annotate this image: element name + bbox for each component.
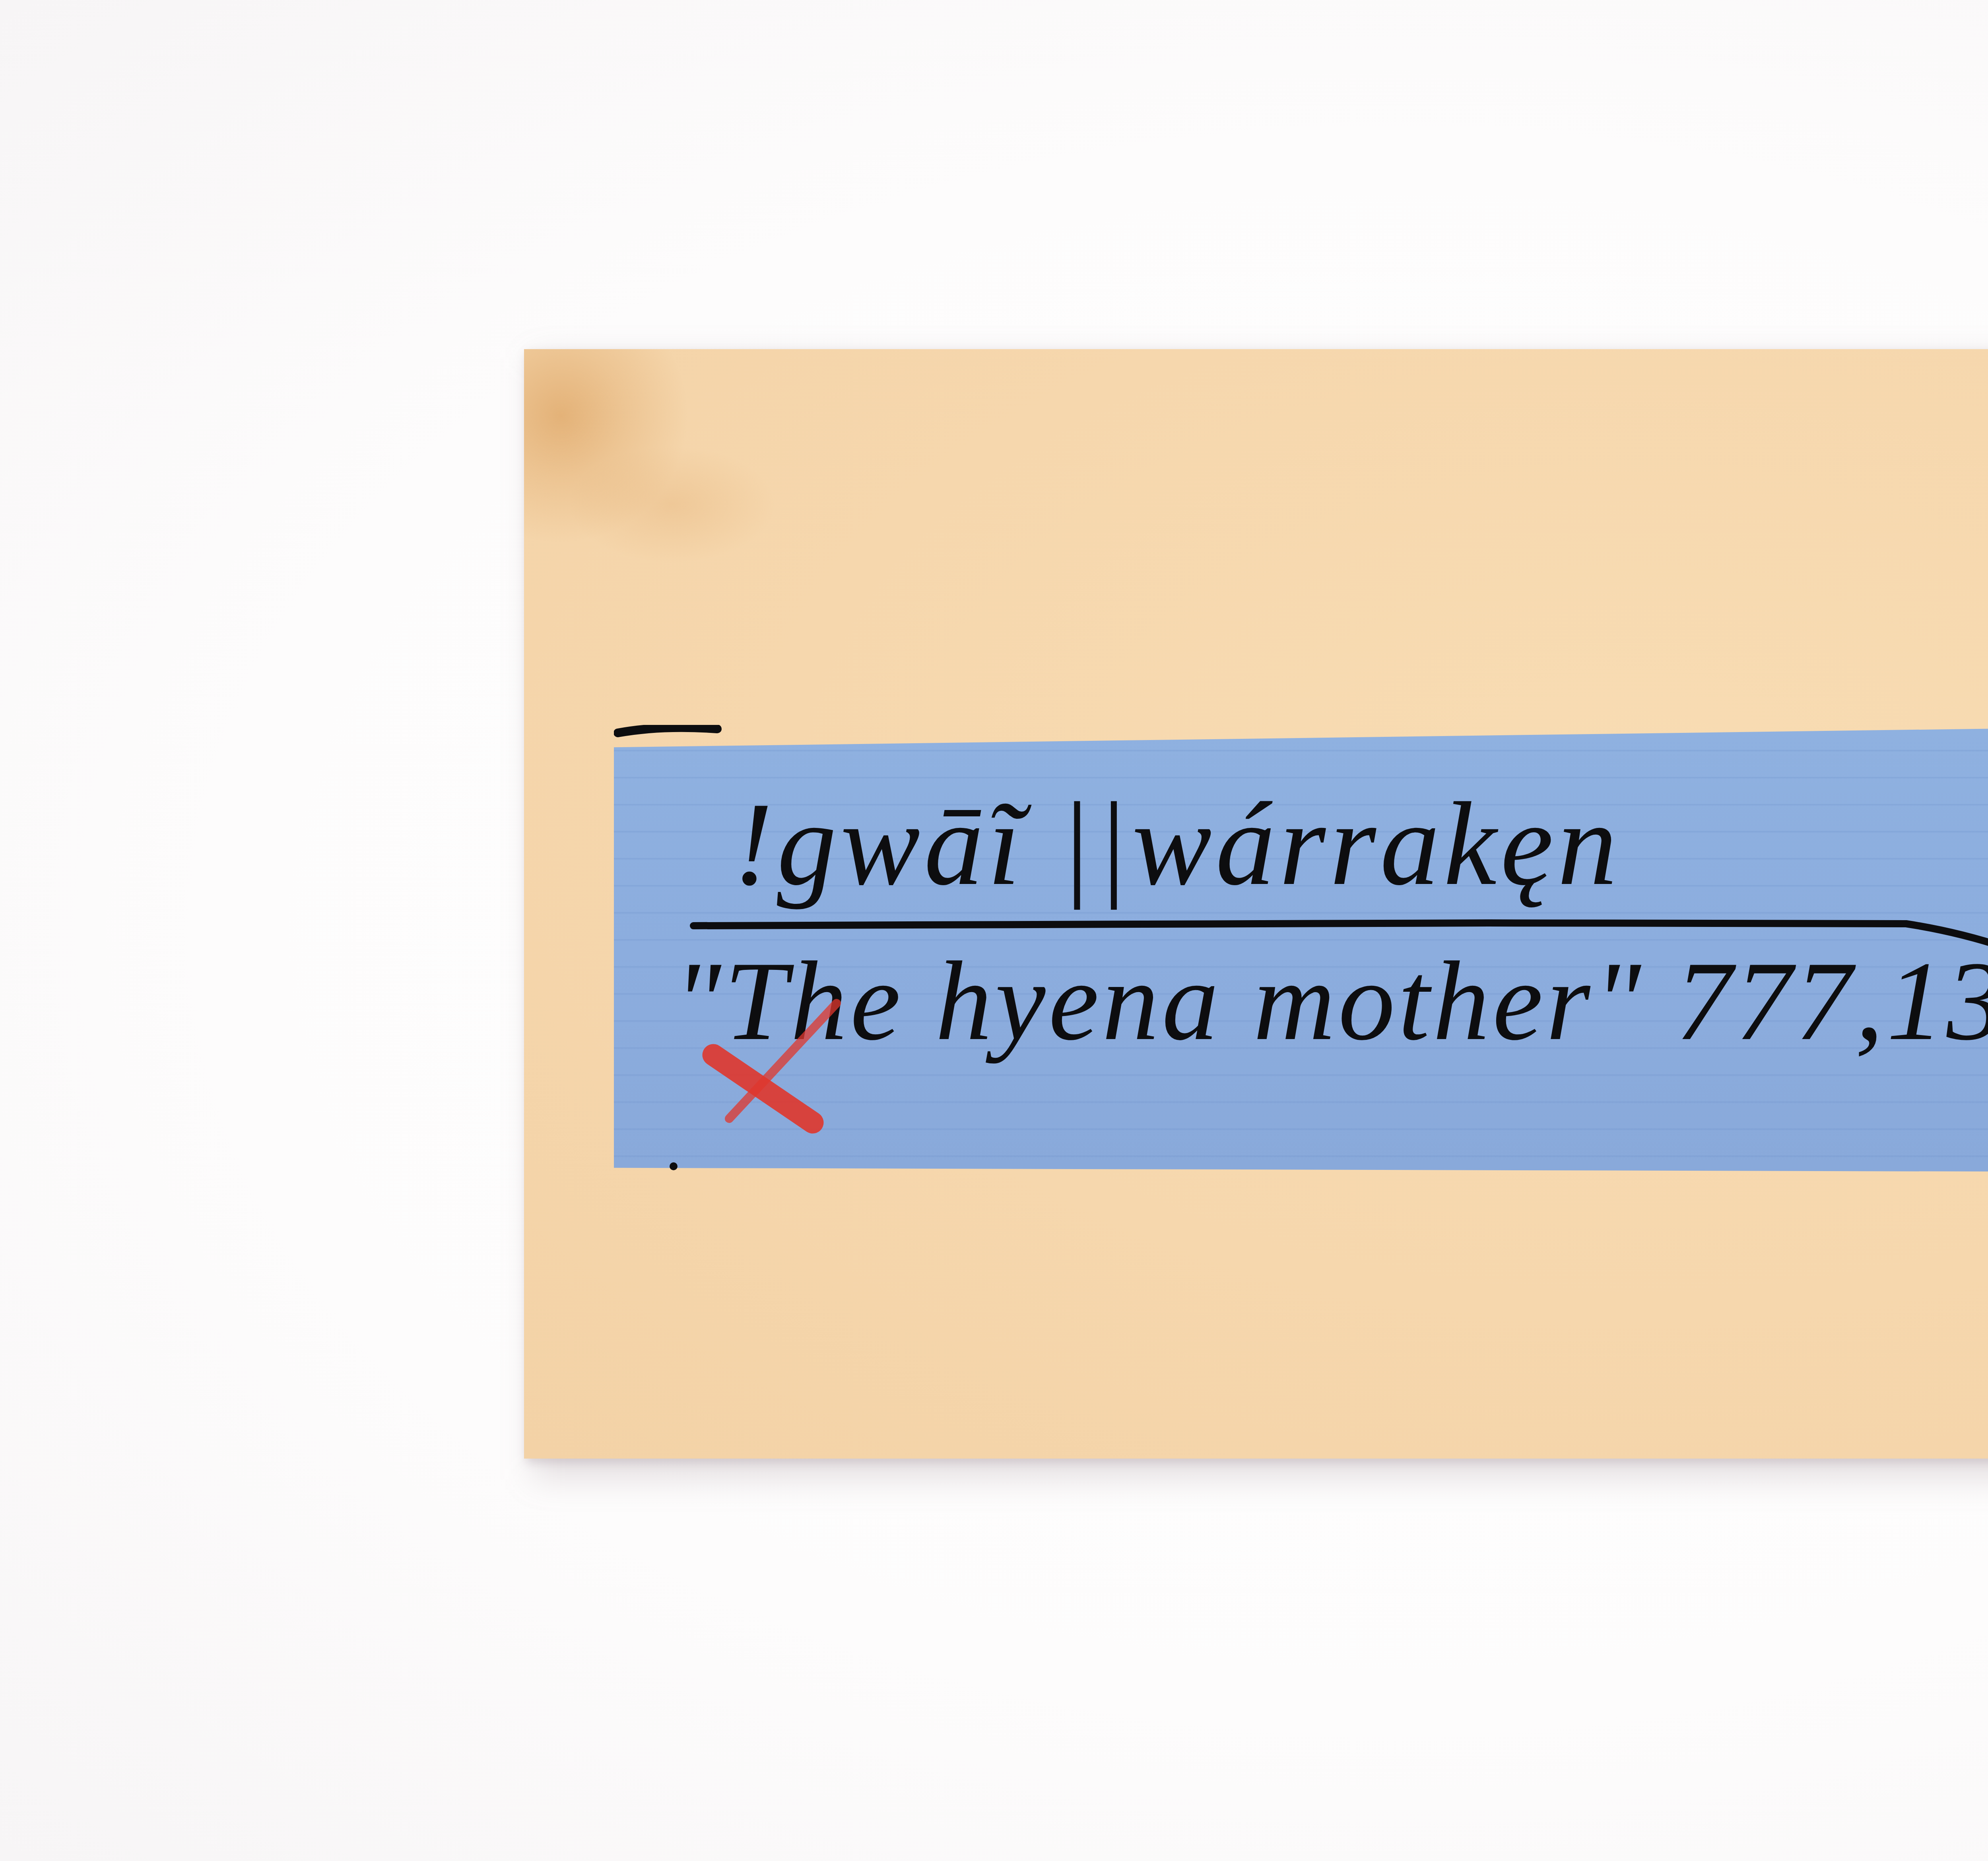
ink-stray-mark-top (618, 728, 717, 733)
line1-native-word: !gwāĩ ||wárrakęn (733, 778, 1621, 910)
photo-background: !gwāĩ ||wárrakęn "The hyena mother" 777,… (0, 0, 1988, 1861)
handwritten-slip: !gwāĩ ||wárrakęn "The hyena mother" 777,… (614, 725, 1988, 1172)
line2-translation: "The hyena mother" 777,13; (674, 938, 1988, 1064)
ink-dot (670, 1162, 678, 1170)
